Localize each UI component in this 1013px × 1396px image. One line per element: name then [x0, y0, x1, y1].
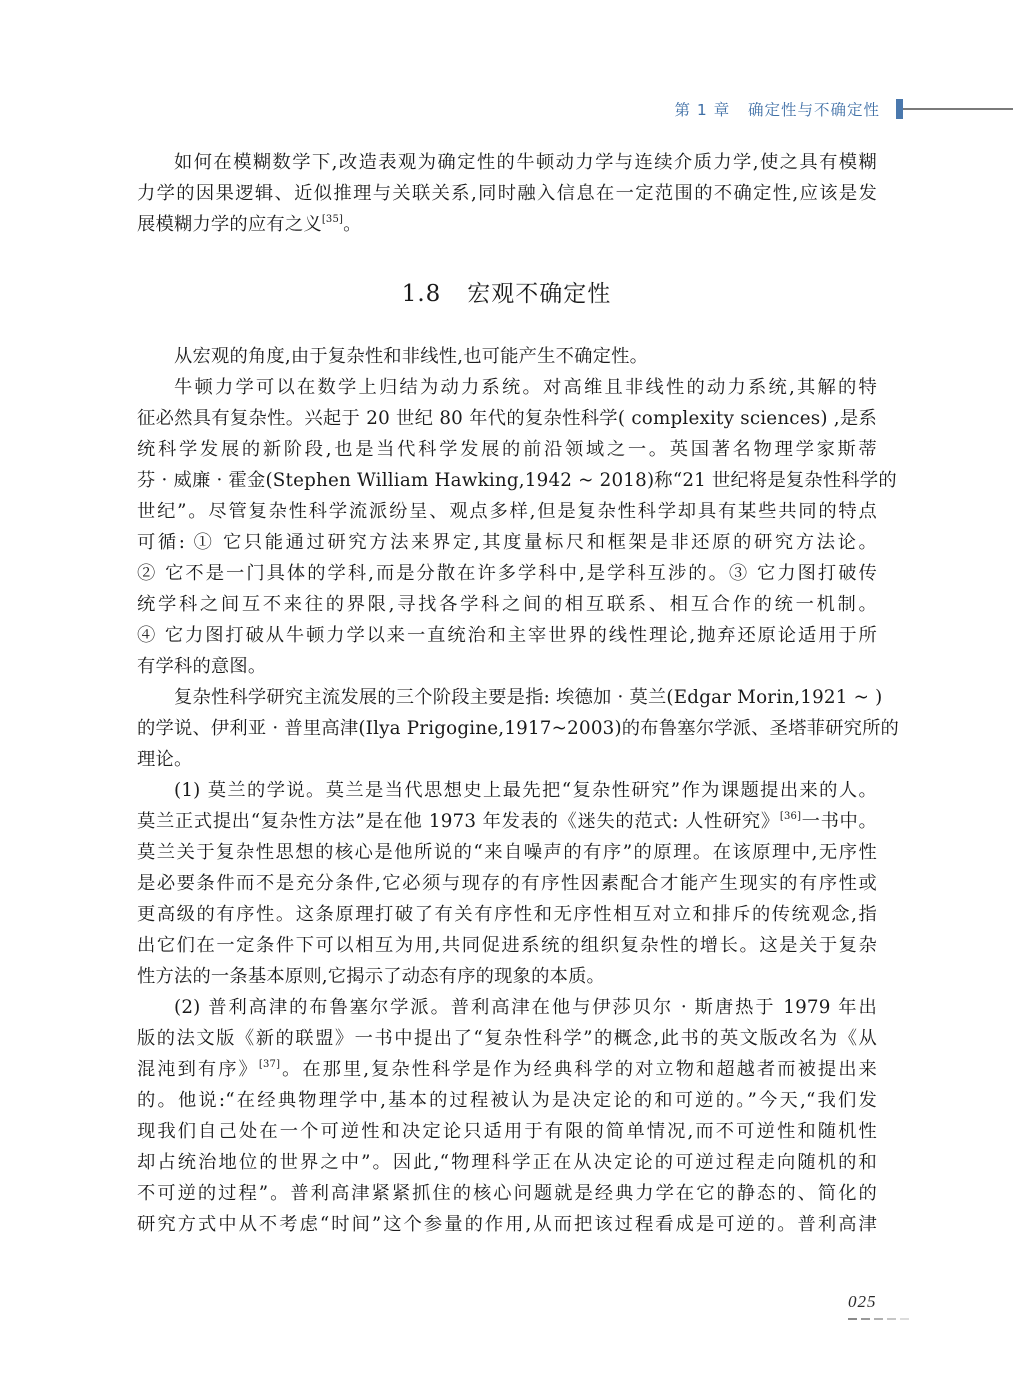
- text-line: 莫兰关于复杂性思想的核心是他所说的“来自噪声的有序”的原理。在该原理中,无序性: [137, 837, 877, 868]
- running-head-text: 第 1 章 确定性与不确定性: [674, 98, 880, 122]
- citation-ref[interactable]: [35]: [322, 214, 343, 225]
- text-span: 展模糊力学的应有之义: [137, 214, 322, 235]
- chapter-label: 第 1 章: [674, 101, 730, 119]
- text-line: 出它们在一定条件下可以相互为用,共同促进系统的组织复杂性的增长。这是关于复杂: [137, 930, 877, 961]
- section-title: 宏观不确定性: [467, 281, 611, 307]
- text-line: (1) 莫兰的学说。莫兰是当代思想史上最先把“复杂性研究”作为课题提出来的人。: [137, 775, 877, 806]
- running-head: 第 1 章 确定性与不确定性: [0, 98, 1013, 122]
- intro-paragraph: 如何在模糊数学下,改造表观为确定性的牛顿动力学与连续介质力学,使之具有模糊 力学…: [137, 147, 877, 240]
- text-line: 性方法的一条基本原则,它揭示了动态有序的现象的本质。: [137, 961, 877, 992]
- text-line: 芬 · 威廉 · 霍金(Stephen William Hawking,1942…: [137, 465, 877, 496]
- paragraph: (1) 莫兰的学说。莫兰是当代思想史上最先把“复杂性研究”作为课题提出来的人。 …: [137, 775, 877, 992]
- text-span: 莫兰正式提出“复杂性方法”是在他 1973 年发表的《迷失的范式: 人性研究》: [137, 811, 780, 832]
- paragraph: (2) 普利高津的布鲁塞尔学派。普利高津在他与伊莎贝尔 · 斯唐热于 1979 …: [137, 992, 877, 1240]
- text-line: 的学说、伊利亚 · 普里高津(Ilya Prigogine,1917~2003)…: [137, 713, 877, 744]
- text-line: 征必然具有复杂性。兴起于 20 世纪 80 年代的复杂性科学( complexi…: [137, 403, 877, 434]
- page-number-dashes: [848, 1318, 909, 1320]
- text-line: 复杂性科学研究主流发展的三个阶段主要是指: 埃德加 · 莫兰(Edgar Mor…: [137, 682, 877, 713]
- text-line: 世纪”。尽管复杂性科学流派纷呈、观点多样,但是复杂性科学却具有某些共同的特点: [137, 496, 877, 527]
- text-line: 更高级的有序性。这条原理打破了有关有序性和无序性相互对立和排斥的传统观念,指: [137, 899, 877, 930]
- text-line: ② 它不是一门具体的学科,而是分散在许多学科中,是学科互涉的。③ 它力图打破传: [137, 558, 877, 589]
- citation-ref[interactable]: [37]: [259, 1059, 280, 1070]
- text-line: 是必要条件而不是充分条件,它必须与现存的有序性因素配合才能产生现实的有序性或: [137, 868, 877, 899]
- text-span: 混沌到有序》: [137, 1059, 259, 1080]
- text-span: 一书中。: [801, 811, 877, 832]
- text-line: 统学科之间互不来往的界限,寻找各学科之间的相互联系、相互合作的统一机制。: [137, 589, 877, 620]
- text-line: 展模糊力学的应有之义[35]。: [137, 209, 877, 240]
- text-line: 的。他说:“在经典物理学中,基本的过程被认为是决定论的和可逆的。”今天,“我们发: [137, 1085, 877, 1116]
- text-span: 。在那里,复杂性科学是作为经典科学的对立物和超越者而被提出来: [280, 1059, 877, 1080]
- dash-decoration: [861, 1318, 870, 1320]
- text-line: (2) 普利高津的布鲁塞尔学派。普利高津在他与伊莎贝尔 · 斯唐热于 1979 …: [137, 992, 877, 1023]
- text-span: 。: [343, 214, 361, 235]
- section-body: 从宏观的角度,由于复杂性和非线性,也可能产生不确定性。 牛顿力学可以在数学上归结…: [137, 341, 877, 1240]
- paragraph: 复杂性科学研究主流发展的三个阶段主要是指: 埃德加 · 莫兰(Edgar Mor…: [137, 682, 877, 775]
- text-line: 版的法文版《新的联盟》一书中提出了“复杂性科学”的概念,此书的英文版改名为《从: [137, 1023, 877, 1054]
- chapter-title: 确定性与不确定性: [748, 101, 880, 119]
- running-head-rule: [903, 108, 1013, 110]
- text-line: 理论。: [137, 744, 877, 775]
- text-line: 却占统治地位的世界之中”。因此,“物理科学正在从决定论的可逆过程走向随机的和: [137, 1147, 877, 1178]
- citation-ref[interactable]: [36]: [780, 811, 801, 822]
- text-line: 从宏观的角度,由于复杂性和非线性,也可能产生不确定性。: [137, 341, 877, 372]
- page-number: 025: [848, 1292, 877, 1312]
- text-line: 牛顿力学可以在数学上归结为动力系统。对高维且非线性的动力系统,其解的特: [137, 372, 877, 403]
- text-line: 莫兰正式提出“复杂性方法”是在他 1973 年发表的《迷失的范式: 人性研究》[…: [137, 806, 877, 837]
- text-line: 混沌到有序》[37]。在那里,复杂性科学是作为经典科学的对立物和超越者而被提出来: [137, 1054, 877, 1085]
- text-line: ④ 它力图打破从牛顿力学以来一直统治和主宰世界的线性理论,抛弃还原论适用于所: [137, 620, 877, 651]
- dash-decoration: [848, 1318, 857, 1320]
- section-heading: 1.8宏观不确定性: [0, 276, 1013, 312]
- text-line: 研究方式中从不考虑“时间”这个参量的作用,从而把该过程看成是可逆的。普利高津: [137, 1209, 877, 1240]
- text-line: 现我们自己处在一个可逆性和决定论只适用于有限的简单情况,而不可逆性和随机性: [137, 1116, 877, 1147]
- text-line: 可循: ① 它只能通过研究方法来界定,其度量标尺和框架是非还原的研究方法论。: [137, 527, 877, 558]
- paragraph: 牛顿力学可以在数学上归结为动力系统。对高维且非线性的动力系统,其解的特 征必然具…: [137, 372, 877, 682]
- text-line: 力学的因果逻辑、近似推理与关联关系,同时融入信息在一定范围的不确定性,应该是发: [137, 178, 877, 209]
- text-line: 有学科的意图。: [137, 651, 877, 682]
- dash-decoration: [887, 1318, 896, 1320]
- text-line: 如何在模糊数学下,改造表观为确定性的牛顿动力学与连续介质力学,使之具有模糊: [137, 147, 877, 178]
- text-line: 统科学发展的新阶段,也是当代科学发展的前沿领域之一。英国著名物理学家斯蒂: [137, 434, 877, 465]
- paragraph: 从宏观的角度,由于复杂性和非线性,也可能产生不确定性。: [137, 341, 877, 372]
- text-line: 不可逆的过程”。普利高津紧紧抓住的核心问题就是经典力学在它的静态的、简化的: [137, 1178, 877, 1209]
- dash-decoration: [900, 1318, 909, 1320]
- running-head-accent-bar: [896, 99, 903, 119]
- dash-decoration: [874, 1318, 883, 1320]
- section-number: 1.8: [402, 281, 442, 307]
